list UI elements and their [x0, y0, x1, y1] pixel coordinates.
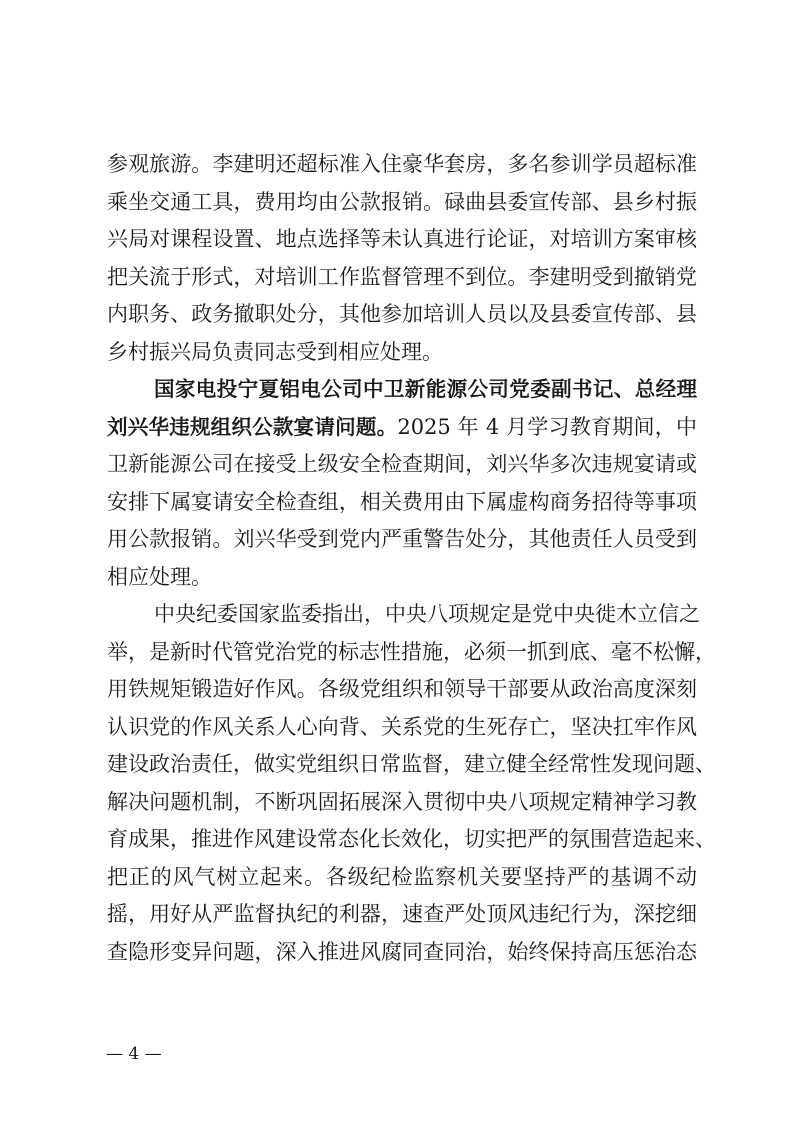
- case-heading-title: 刘兴华违规组织公款宴请问题。: [107, 415, 397, 439]
- text-line: 内职务、政务撤职处分，其他参加培训人员以及县委宣传部、县: [107, 296, 697, 334]
- text-line: 把正的风气树立起来。各级纪检监察机关要坚持严的基调不动: [107, 859, 697, 897]
- text-line: 用铁规矩锻造好作风。各级党组织和领导干部要从政治高度深刻: [107, 671, 697, 709]
- text-line: 建设政治责任，做实党组织日常监督，建立健全经常性发现问题、: [107, 746, 697, 784]
- text-line: 兴局对课程设置、地点选择等未认真进行论证，对培训方案审核: [107, 221, 697, 259]
- text-line: 中央纪委国家监委指出，中央八项规定是党中央徙木立信之: [107, 596, 697, 634]
- page-number: — 4 —: [106, 1042, 162, 1066]
- case-heading: 国家电投宁夏铝电公司中卫新能源公司党委副书记、总经理: [107, 371, 697, 409]
- case-text: 2025 年 4 月学习教育期间，中: [397, 415, 697, 439]
- text-line: 用公款报销。刘兴华受到党内严重警告处分，其他责任人员受到: [107, 521, 697, 559]
- document-body: 参观旅游。李建明还超标准入住豪华套房，多名参训学员超标准 乘坐交通工具，费用均由…: [107, 146, 697, 971]
- case-heading-line: 刘兴华违规组织公款宴请问题。2025 年 4 月学习教育期间，中: [107, 409, 697, 447]
- text-line: 卫新能源公司在接受上级安全检查期间，刘兴华多次违规宴请或: [107, 446, 697, 484]
- text-line: 解决问题机制，不断巩固拓展深入贯彻中央八项规定精神学习教: [107, 784, 697, 822]
- text-line: 摇，用好从严监督执纪的利器，速查严处顶风违纪行为，深挖细: [107, 896, 697, 934]
- document-page: 参观旅游。李建明还超标准入住豪华套房，多名参训学员超标准 乘坐交通工具，费用均由…: [0, 0, 793, 1122]
- text-line: 乡村振兴局负责同志受到相应处理。: [107, 334, 697, 372]
- text-line: 安排下属宴请安全检查组，相关费用由下属虚构商务招待等事项: [107, 484, 697, 522]
- text-line: 育成果，推进作风建设常态化长效化，切实把严的氛围营造起来、: [107, 821, 697, 859]
- text-line: 把关流于形式，对培训工作监督管理不到位。李建明受到撤销党: [107, 259, 697, 297]
- text-line: 相应处理。: [107, 559, 697, 597]
- text-line: 举，是新时代管党治党的标志性措施，必须一抓到底、毫不松懈，: [107, 634, 697, 672]
- text-line: 参观旅游。李建明还超标准入住豪华套房，多名参训学员超标准: [107, 146, 697, 184]
- text-line: 查隐形变异问题，深入推进风腐同查同治，始终保持高压惩治态: [107, 934, 697, 972]
- text-line: 认识党的作风关系人心向背、关系党的生死存亡，坚决扛牢作风: [107, 709, 697, 747]
- text-line: 乘坐交通工具，费用均由公款报销。碌曲县委宣传部、县乡村振: [107, 184, 697, 222]
